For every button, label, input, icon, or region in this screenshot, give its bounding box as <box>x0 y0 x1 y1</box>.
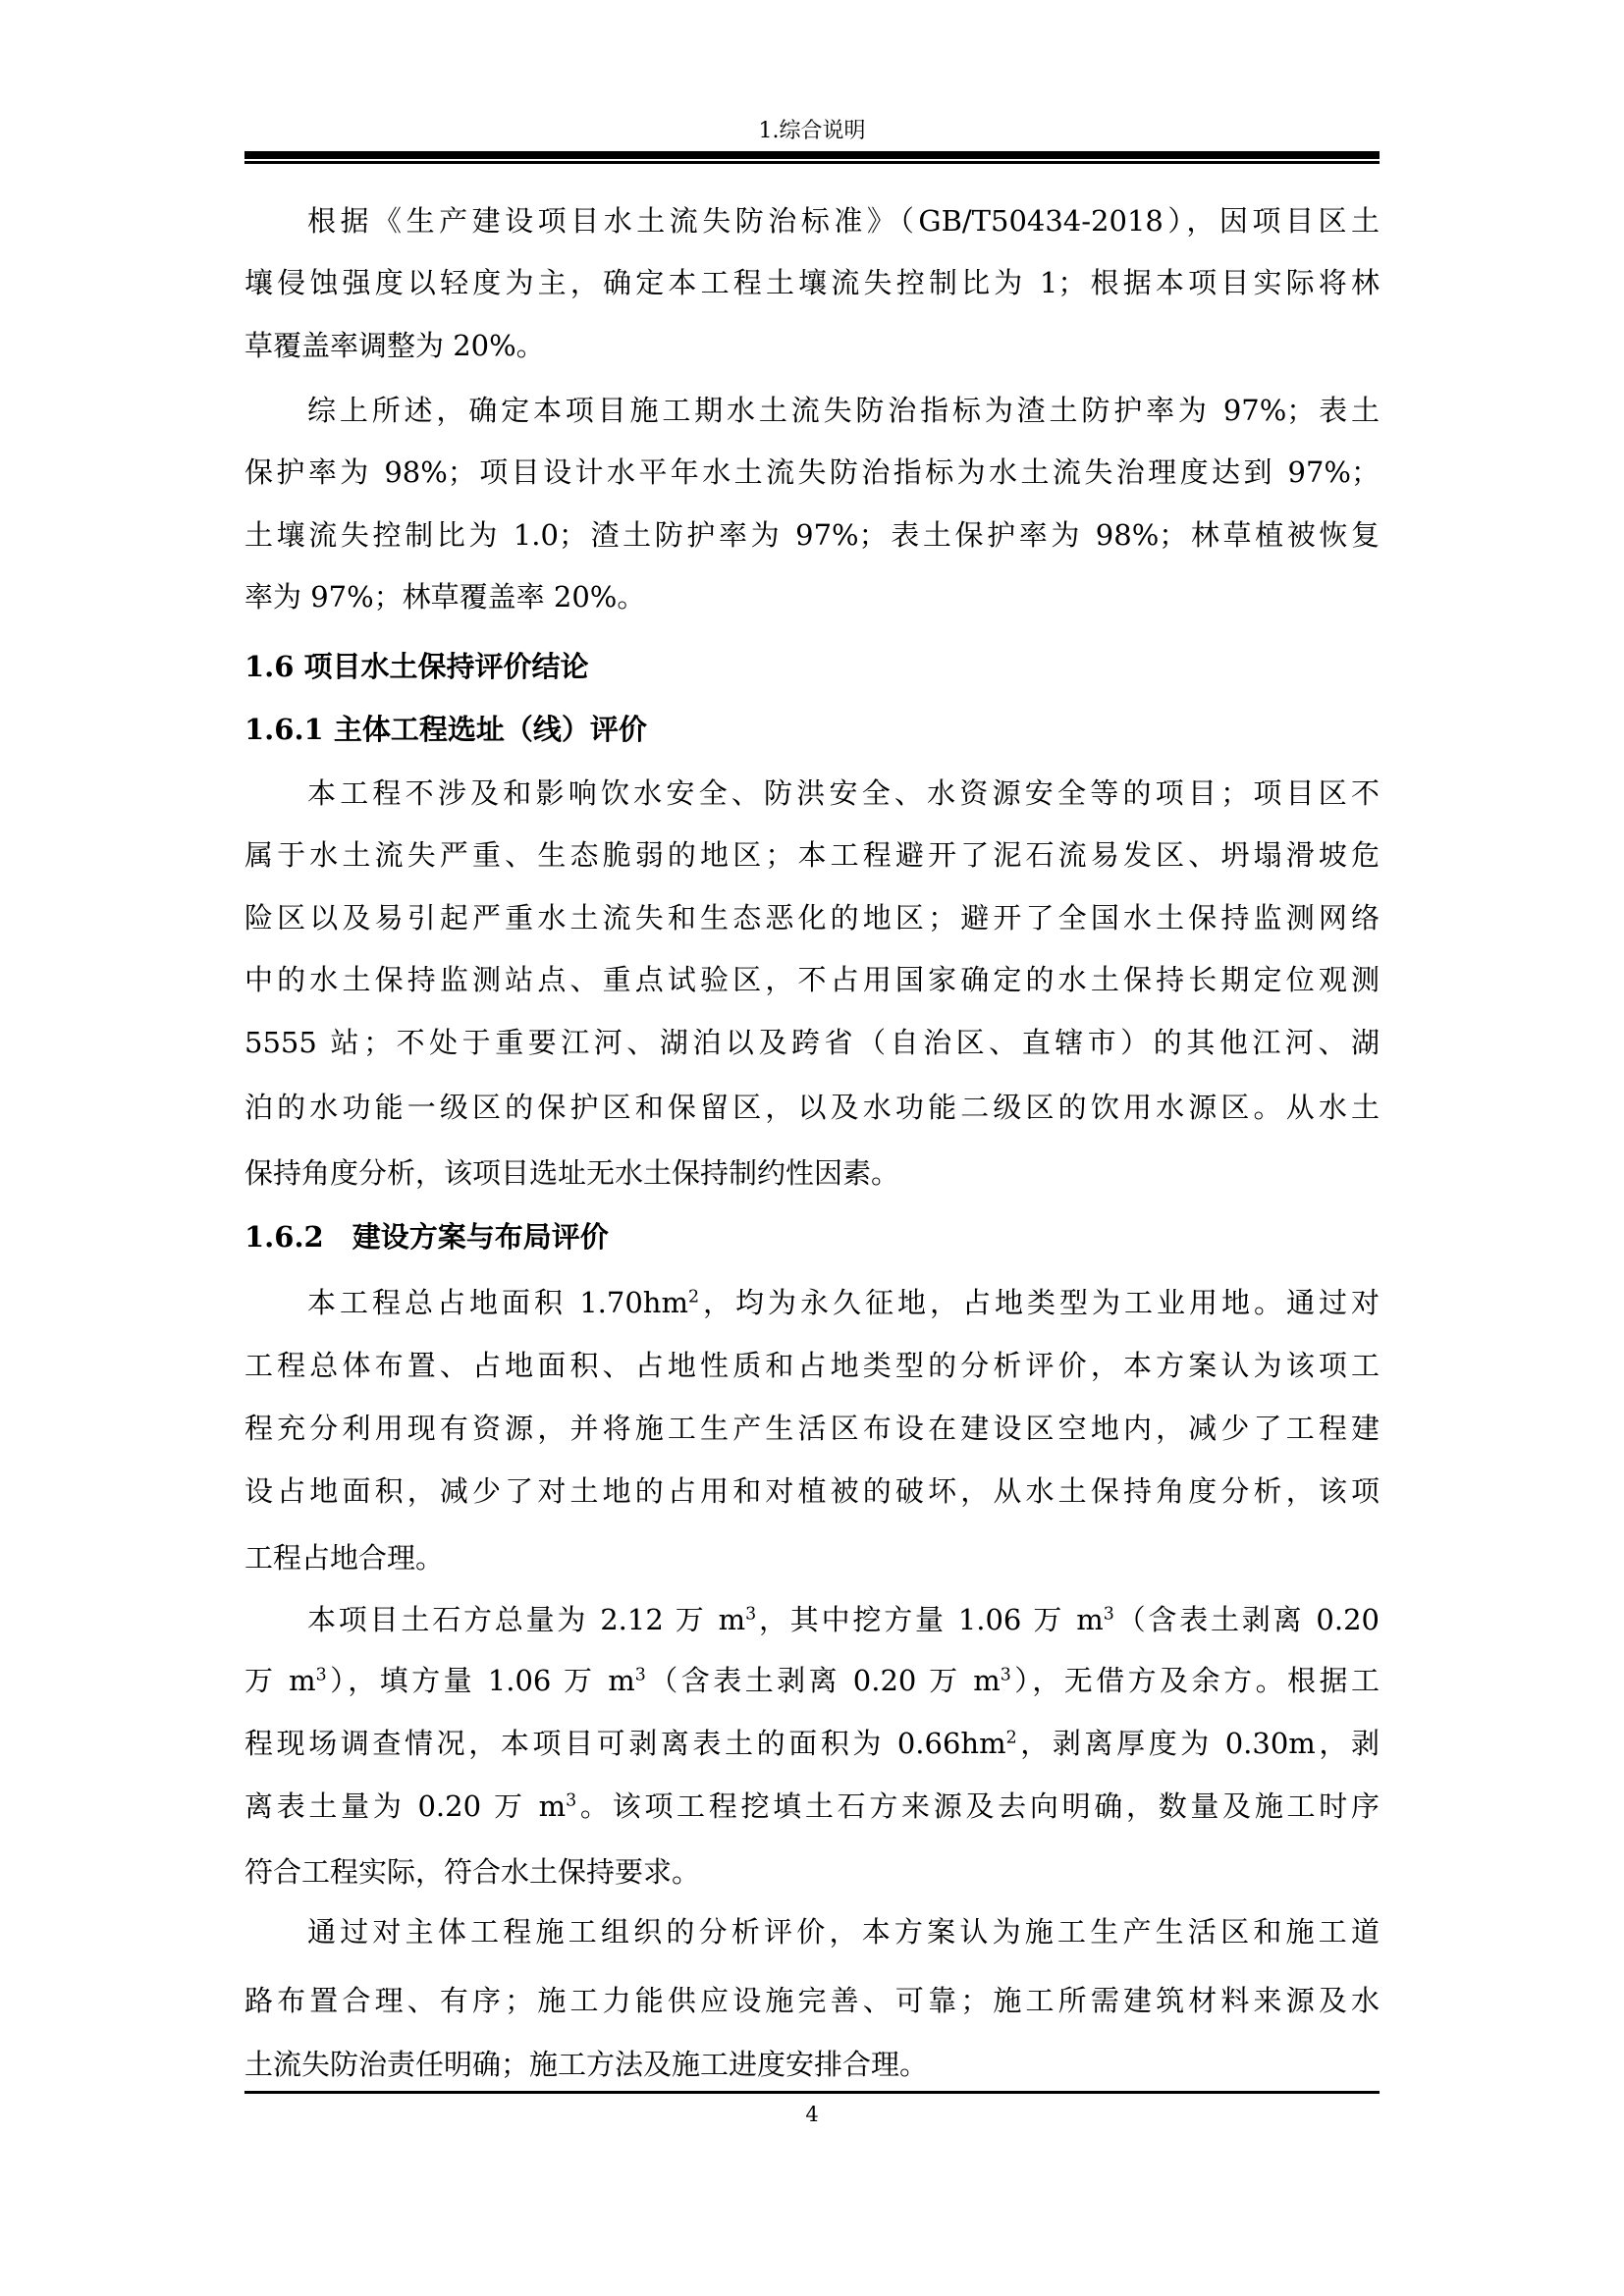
header-rule-thick <box>244 151 1380 159</box>
text-line: 中的水土保持监测站点、重点试验区，不占用国家确定的水土保持长期定位观测 <box>244 958 1380 1001</box>
text-line: 符合工程实际，符合水土保持要求。 <box>244 1850 1380 1894</box>
document-page: 1.综合说明 根据《生产建设项目水土流失防治标准》（GB/T50434-2018… <box>0 0 1624 2296</box>
text-line: 土壤流失控制比为 1.0；渣土防护率为 97%；表土保护率为 98%；林草植被恢… <box>244 513 1380 557</box>
page-number: 4 <box>244 2101 1380 2128</box>
text-line: 通过对主体工程施工组织的分析评价，本方案认为施工生产生活区和施工道 <box>307 1910 1380 1953</box>
text-line: 万 m3），填方量 1.06 万 m3（含表土剥离 0.20 万 m3），无借方… <box>244 1659 1380 1702</box>
text-line: 5555 站；不处于重要江河、湖泊以及跨省（自治区、直辖市）的其他江河、湖 <box>244 1021 1380 1064</box>
text-line: 土流失防治责任明确；施工方法及施工进度安排合理。 <box>244 2043 1380 2086</box>
text-line: 保持角度分析，该项目选址无水土保持制约性因素。 <box>244 1151 1380 1195</box>
text-line: 程充分利用现有资源，并将施工生产生活区布设在建设区空地内，减少了工程建 <box>244 1407 1380 1450</box>
text-line: 率为 97%；林草覆盖率 20%。 <box>244 575 1380 618</box>
superscript: 2 <box>1006 1728 1017 1747</box>
text-line: 根据《生产建设项目水土流失防治标准》（GB/T50434-2018），因项目区土 <box>307 199 1380 242</box>
text-line: 本工程总占地面积 1.70hm2，均为永久征地，占地类型为工业用地。通过对 <box>307 1281 1380 1324</box>
header-rule-thin <box>244 161 1380 164</box>
footer-rule <box>244 2091 1380 2094</box>
superscript: 3 <box>745 1604 756 1624</box>
superscript: 2 <box>688 1287 699 1307</box>
text-line: 草覆盖率调整为 20%。 <box>244 324 1380 367</box>
text-line: 本工程不涉及和影响饮水安全、防洪安全、水资源安全等的项目；项目区不 <box>307 772 1380 815</box>
text-line: 工程占地合理。 <box>244 1536 1380 1579</box>
superscript: 3 <box>635 1665 646 1684</box>
section-heading: 1.6.2 建设方案与布局评价 <box>244 1215 1380 1258</box>
superscript: 3 <box>1001 1665 1011 1684</box>
text-line: 路布置合理、有序；施工力能供应设施完善、可靠；施工所需建筑材料来源及水 <box>244 1979 1380 2022</box>
superscript: 3 <box>566 1790 576 1810</box>
section-heading: 1.6 项目水土保持评价结论 <box>244 645 1380 688</box>
text-line: 泊的水功能一级区的保护区和保留区，以及水功能二级区的饮用水源区。从水土 <box>244 1086 1380 1129</box>
text-line: 设占地面积，减少了对土地的占用和对植被的破坏，从水土保持角度分析，该项 <box>244 1469 1380 1513</box>
section-heading: 1.6.1 主体工程选址（线）评价 <box>244 708 1380 751</box>
text-line: 工程总体布置、占地面积、占地性质和占地类型的分析评价，本方案认为该项工 <box>244 1344 1380 1387</box>
text-line: 保护率为 98%；项目设计水平年水土流失防治指标为水土流失治理度达到 97%； <box>244 451 1380 494</box>
text-line: 险区以及易引起严重水土流失和生态恶化的地区；避开了全国水土保持监测网络 <box>244 896 1380 939</box>
text-line: 离表土量为 0.20 万 m3。该项工程挖填土石方来源及去向明确，数量及施工时序 <box>244 1785 1380 1828</box>
text-line: 壤侵蚀强度以轻度为主，确定本工程土壤流失控制比为 1；根据本项目实际将林 <box>244 261 1380 304</box>
text-line: 程现场调查情况，本项目可剥离表土的面积为 0.66hm2，剥离厚度为 0.30m… <box>244 1722 1380 1765</box>
running-header: 1.综合说明 <box>244 116 1380 147</box>
text-line: 本项目土石方总量为 2.12 万 m3，其中挖方量 1.06 万 m3（含表土剥… <box>307 1598 1380 1641</box>
text-line: 属于水土流失严重、生态脆弱的地区；本工程避开了泥石流易发区、坍塌滑坡危 <box>244 833 1380 877</box>
superscript: 3 <box>316 1665 327 1684</box>
text-line: 综上所述，确定本项目施工期水土流失防治指标为渣土防护率为 97%；表土 <box>307 389 1380 432</box>
superscript: 3 <box>1104 1604 1114 1624</box>
